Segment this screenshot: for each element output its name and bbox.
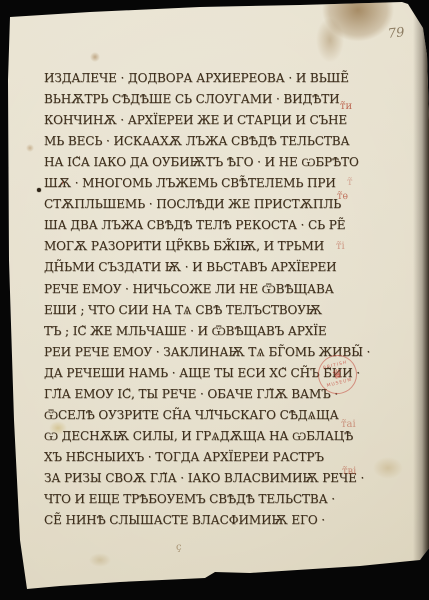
manuscript-line-5: НА ІС̃А ІАКО ДА ОУБИѬТЪ ѢГО · И НЕ ѠБРѢТ… — [44, 153, 359, 172]
manuscript-line-10: ДН̃ЬМИ СЪЗДАТИ Ѭ · И ВЬСТАВЪ АРХЇЕРЕИ — [44, 258, 336, 277]
manuscript-line-1: ИЗДАЛЕЧЕ · ДОДВОРА АРХИЕРЕОВА · И ВЬШЕ̃ — [44, 69, 349, 88]
manuscript-line-15: ДА РЕЧЕШИ НАМЬ · АЩЕ ТЫ ЕСИ ХС̃ СН̃Ъ Б̃И… — [44, 364, 360, 383]
manuscript-line-16: ГЛ̃А ЕМОУ ІС̃, ТЫ РЕЧЕ · ОБАЧЕ ГЛ̃Ѫ ВАМЪ… — [44, 385, 338, 404]
margin-section-number: т̃ — [347, 177, 353, 188]
manuscript-line-11: РЕЧЕ ЕМОУ · НИЧЬСОЖЕ ЛИ НЕ ѾВѢЩАВА — [44, 280, 334, 299]
manuscript-line-3: КОНЧИНѪ · АРХЇЕРЕИ ЖЕ И СТАРЦИ И СЪНЕ — [44, 111, 347, 130]
manuscript-page: 79 ИЗДАЛЕЧЕ · ДОДВОРА АРХИЕРЕОВА · И ВЬШ… — [0, 0, 429, 600]
manuscript-line-20: ЗА РИЗЫ СВОѪ ГЛ̃А · ІАКО ВЛАСВИМИѬ РЕЧЕ … — [44, 469, 364, 488]
manuscript-line-17: ѾСЕЛѢ ОУЗРИТЕ СН̃А ЧЛ̃ЧЬСКАГО СѢДѦЩА — [44, 406, 339, 425]
manuscript-line-4: МЬ ВЕСЬ · ИСКААХѪ ЛЪЖА СВѢДѢ ТЕЛЬСТВА — [44, 132, 349, 151]
photo-background: 79 ИЗДАЛЕЧЕ · ДОДВОРА АРХИЕРЕОВА · И ВЬШ… — [0, 0, 429, 600]
margin-dot-mark — [37, 188, 41, 192]
margin-section-number: т̃аі — [341, 419, 356, 430]
quire-mark: ҫ — [176, 542, 182, 553]
manuscript-line-21: ЧТО И ЕЩЕ ТРѢБОУЕМЪ СВѢДѢ ТЕЛЬСТВА · — [44, 490, 335, 509]
manuscript-line-22: СЕ̃ НИНѢ СЛЫШАСТЕ ВЛАСФИМИѬ ЕГО · — [44, 511, 325, 530]
manuscript-line-9: МОГѪ РАЗОРИТИ ЦР̃КВЬ БЖ̃ІѬ, И ТРЬМИ — [44, 237, 324, 256]
manuscript-line-6: ШѪ · МНОГОМЬ ЛЪЖЕМЬ СВѢ̃ТЕЛЕМЬ ПРИ — [44, 174, 336, 193]
folio-number: 79 — [387, 25, 405, 42]
margin-section-number: ' — [61, 181, 64, 192]
manuscript-line-2: ВЬНѪТРЬ СѢДѢШЕ СЬ СЛОУГАМИ · ВИДѢТИ — [44, 90, 339, 109]
manuscript-line-8: ША ДВА ЛЪЖА СВѢДѢ ТЕЛѢ РЕКОСТА · СЬ РЕ̃ — [44, 216, 345, 235]
manuscript-line-14: РЕИ РЕЧЕ ЕМОУ · ЗАКЛИНАѬ ТѦ БГ̃ОМЬ ЖИВЫ̃… — [44, 343, 370, 362]
text-block: ИЗДАЛЕЧЕ · ДОДВОРА АРХИЕРЕОВА · И ВЬШЕ̃В… — [44, 69, 344, 539]
manuscript-line-19: ХЪ НБ̃СНЫИХЪ · ТОГДА АРХЇЕРЕИ РАСТРЪ — [44, 448, 324, 467]
manuscript-line-18: Ѡ ДЕСНѪѬ СИЛЫ, И ГРѦДѪЩА НА ѠБЛАЦѢ — [44, 427, 353, 446]
margin-section-number: т̃и — [340, 101, 352, 112]
manuscript-line-13: ТЪ ; ІС̃ ЖЕ МЛЬЧАШЕ · И ѾВѢЩАВЪ АРХЇЕ — [44, 322, 327, 341]
manuscript-line-7: СТѪПЛЬШЕМЬ · ПОСЛѢДИ ЖЕ ПРИСТѪПЛЬ — [44, 195, 341, 214]
margin-section-number: т̃ѳ — [337, 191, 348, 202]
margin-section-number: т̃і — [336, 241, 345, 252]
margin-section-number: т̃ві — [342, 466, 356, 477]
manuscript-line-12: ЕШИ ; ЧТО СИИ НА ТѦ СВѢ ТЕЛЪСТВОУѬ — [44, 301, 322, 320]
